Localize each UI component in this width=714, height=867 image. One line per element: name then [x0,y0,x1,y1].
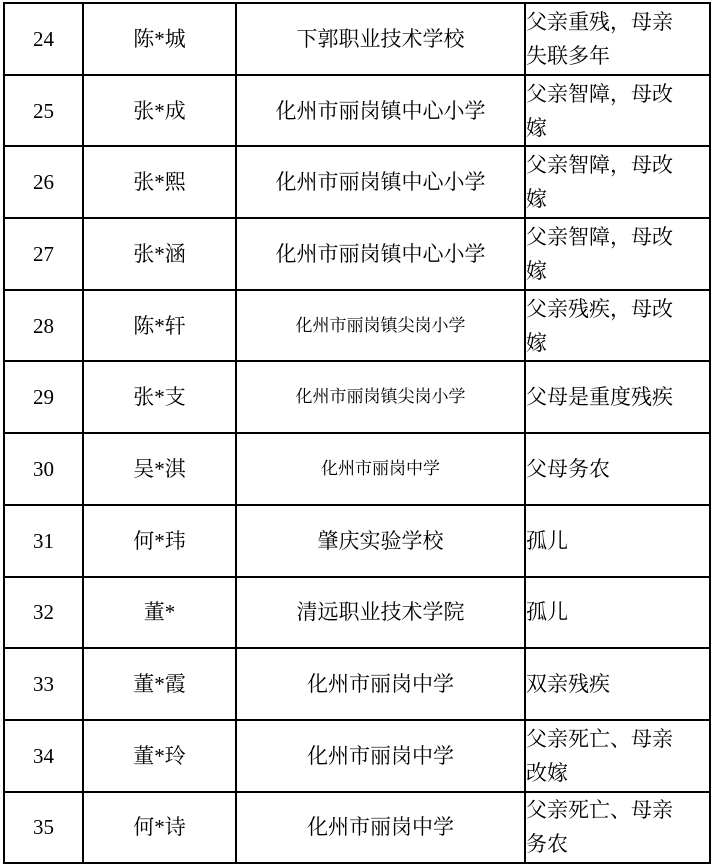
family-situation-text: 双亲残疾 [526,667,683,701]
student-name-cell: 张*成 [83,75,236,147]
student-name-cell: 董* [83,577,236,649]
family-situation-text: 父母务农 [526,452,683,486]
students-table: 24 陈*城 下郭职业技术学校 父亲重残，母亲失联多年 25 张*成 化州市丽岗… [3,2,711,864]
school-cell: 肇庆实验学校 [236,505,525,577]
family-situation-text: 父亲智障，母改嫁 [526,148,683,216]
row-number-cell: 32 [4,577,83,649]
row-number-cell: 34 [4,720,83,792]
row-number-cell: 26 [4,146,83,218]
family-situation-cell: 父亲智障，母改嫁 [525,218,710,290]
family-situation-cell: 父母是重度残疾 [525,361,710,433]
row-number-cell: 31 [4,505,83,577]
student-name-cell: 张*熙 [83,146,236,218]
document-page: 24 陈*城 下郭职业技术学校 父亲重残，母亲失联多年 25 张*成 化州市丽岗… [0,0,714,864]
family-situation-cell: 父亲智障，母改嫁 [525,75,710,147]
school-cell: 下郭职业技术学校 [236,3,525,75]
row-number-cell: 33 [4,648,83,720]
row-number-cell: 29 [4,361,83,433]
table-row: 32 董* 清远职业技术学院 孤儿 [4,577,710,649]
table-row: 28 陈*轩 化州市丽岗镇尖岗小学 父亲残疾，母改嫁 [4,290,710,362]
row-number-cell: 30 [4,433,83,505]
student-name-cell: 何*诗 [83,792,236,864]
family-situation-text: 父母是重度残疾 [526,380,683,414]
school-cell: 化州市丽岗中学 [236,648,525,720]
family-situation-cell: 父亲智障，母改嫁 [525,146,710,218]
student-name-cell: 何*玮 [83,505,236,577]
table-row: 26 张*熙 化州市丽岗镇中心小学 父亲智障，母改嫁 [4,146,710,218]
school-cell: 化州市丽岗镇中心小学 [236,218,525,290]
family-situation-text: 父亲重残，母亲失联多年 [526,5,683,73]
students-table-body: 24 陈*城 下郭职业技术学校 父亲重残，母亲失联多年 25 张*成 化州市丽岗… [4,3,710,863]
family-situation-cell: 父亲死亡、母亲务农 [525,792,710,864]
school-cell: 化州市丽岗镇尖岗小学 [236,290,525,362]
row-number-cell: 25 [4,75,83,147]
school-cell: 化州市丽岗镇中心小学 [236,146,525,218]
school-cell: 清远职业技术学院 [236,577,525,649]
school-cell: 化州市丽岗中学 [236,433,525,505]
table-row: 27 张*涵 化州市丽岗镇中心小学 父亲智障，母改嫁 [4,218,710,290]
family-situation-text: 孤儿 [526,524,683,558]
row-number-cell: 27 [4,218,83,290]
table-row: 33 董*霞 化州市丽岗中学 双亲残疾 [4,648,710,720]
student-name-cell: 陈*城 [83,3,236,75]
family-situation-cell: 父亲重残，母亲失联多年 [525,3,710,75]
family-situation-text: 父亲智障，母改嫁 [526,220,683,288]
table-row: 30 吴*淇 化州市丽岗中学 父母务农 [4,433,710,505]
family-situation-cell: 父亲死亡、母亲改嫁 [525,720,710,792]
family-situation-text: 父亲残疾，母改嫁 [526,292,683,360]
row-number-cell: 35 [4,792,83,864]
table-row: 34 董*玲 化州市丽岗中学 父亲死亡、母亲改嫁 [4,720,710,792]
row-number-cell: 28 [4,290,83,362]
table-row: 35 何*诗 化州市丽岗中学 父亲死亡、母亲务农 [4,792,710,864]
school-cell: 化州市丽岗镇中心小学 [236,75,525,147]
family-situation-text: 孤儿 [526,595,683,629]
family-situation-cell: 父亲残疾，母改嫁 [525,290,710,362]
school-cell: 化州市丽岗中学 [236,792,525,864]
family-situation-text: 父亲死亡、母亲改嫁 [526,722,683,790]
student-name-cell: 吴*淇 [83,433,236,505]
family-situation-text: 父亲智障，母改嫁 [526,77,683,145]
family-situation-cell: 孤儿 [525,577,710,649]
student-name-cell: 张*涵 [83,218,236,290]
table-row: 31 何*玮 肇庆实验学校 孤儿 [4,505,710,577]
student-name-cell: 张*支 [83,361,236,433]
student-name-cell: 陈*轩 [83,290,236,362]
family-situation-text: 父亲死亡、母亲务农 [526,793,683,861]
family-situation-cell: 孤儿 [525,505,710,577]
table-row: 25 张*成 化州市丽岗镇中心小学 父亲智障，母改嫁 [4,75,710,147]
student-name-cell: 董*霞 [83,648,236,720]
table-row: 29 张*支 化州市丽岗镇尖岗小学 父母是重度残疾 [4,361,710,433]
table-row: 24 陈*城 下郭职业技术学校 父亲重残，母亲失联多年 [4,3,710,75]
student-name-cell: 董*玲 [83,720,236,792]
family-situation-cell: 父母务农 [525,433,710,505]
school-cell: 化州市丽岗中学 [236,720,525,792]
row-number-cell: 24 [4,3,83,75]
family-situation-cell: 双亲残疾 [525,648,710,720]
school-cell: 化州市丽岗镇尖岗小学 [236,361,525,433]
